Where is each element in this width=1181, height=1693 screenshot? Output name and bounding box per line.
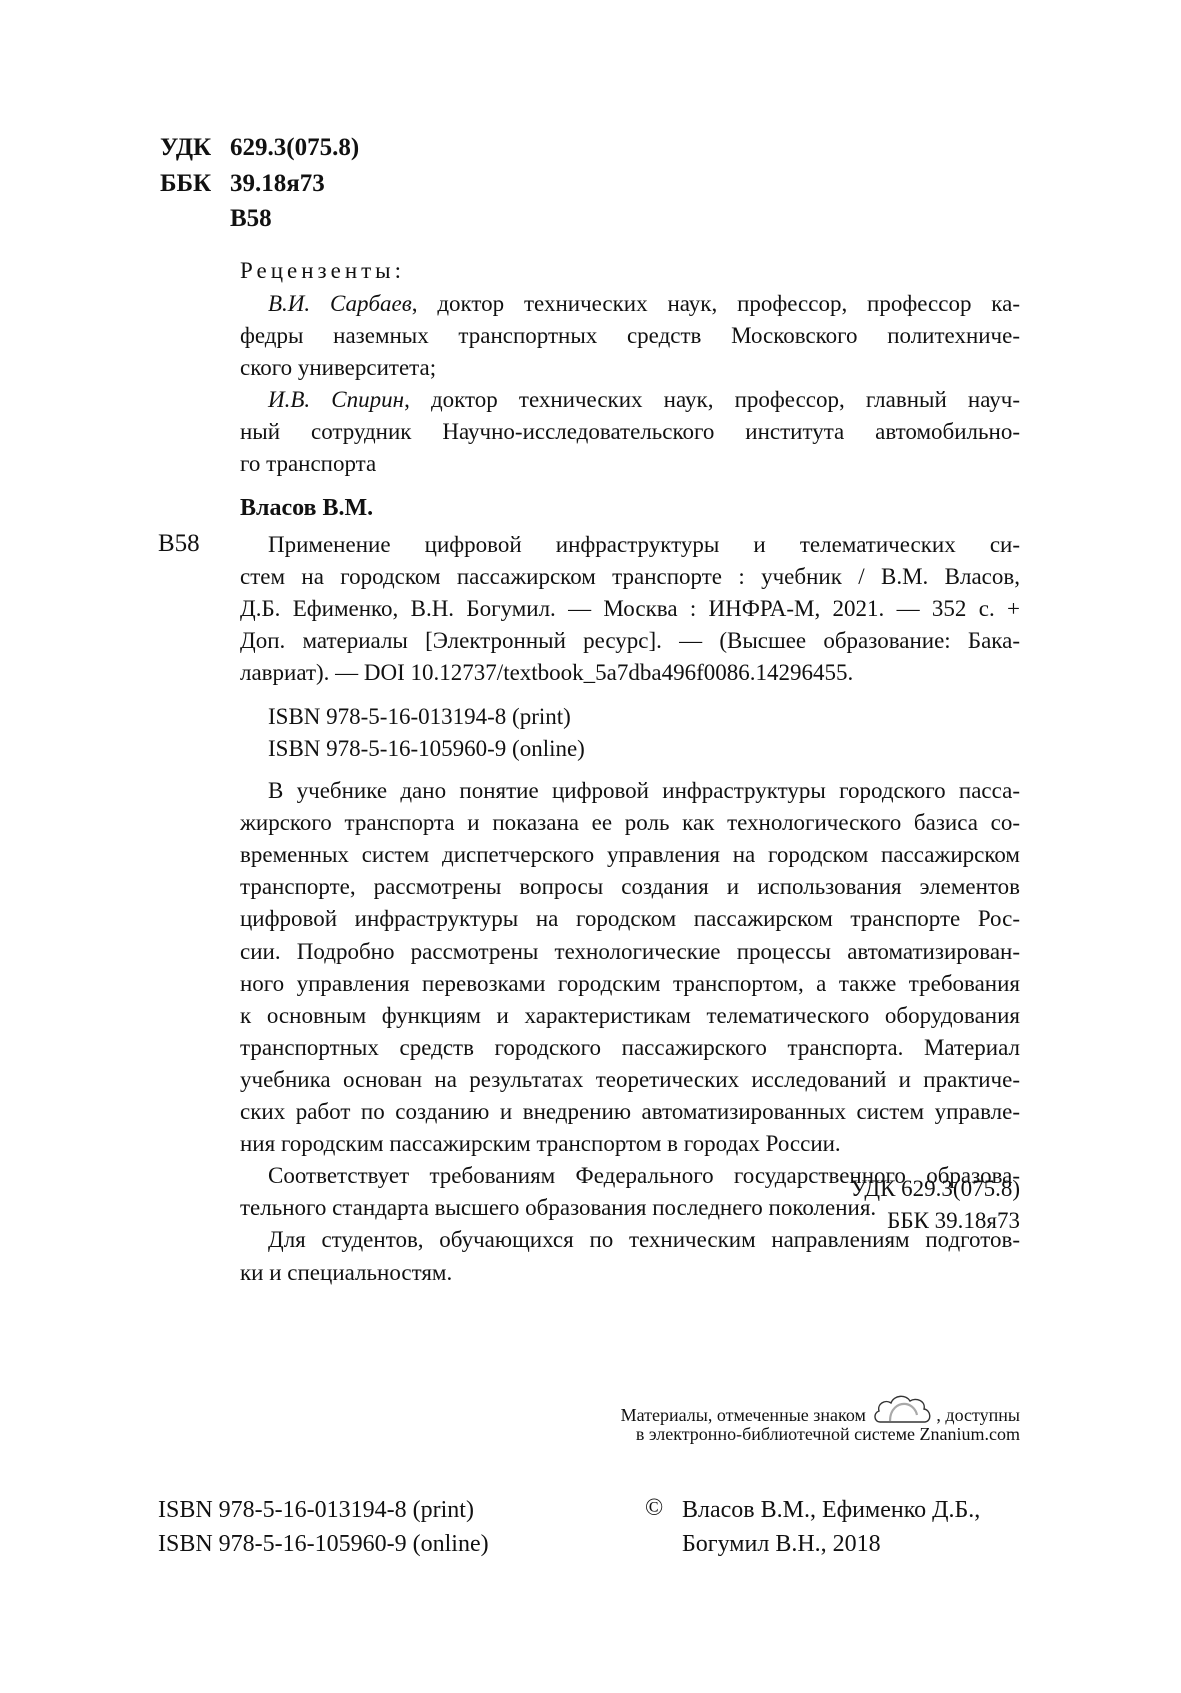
reviewer-2-line-3: го транспорта <box>240 450 376 478</box>
reviewer-1-line-2: федры наземных транспортных средств Моск… <box>240 322 1020 350</box>
reviewers-title: Рецензенты: <box>240 257 405 285</box>
abstract-line: к основным функциям и характеристикам те… <box>240 1002 1020 1030</box>
bbk-line: ББК39.18я73 <box>160 168 325 200</box>
isbn-print: ISBN 978-5-16-013194-8 (print) <box>268 703 571 731</box>
abstract-line: временных систем диспетчерского управлен… <box>240 841 1020 869</box>
bottom-isbn-print: ISBN 978-5-16-013194-8 (print) <box>158 1496 474 1524</box>
reviewer-1-text: , доктор технических наук, профессор, пр… <box>412 291 1020 316</box>
bib-line-4: Доп. материалы [Электронный ресурс]. — (… <box>240 627 1020 655</box>
author-mark-header: В58 <box>230 203 272 235</box>
copyright-line-1: Власов В.М., Ефименко Д.Б., <box>682 1496 980 1524</box>
bib-line-2: стем на городском пассажирском транспорт… <box>240 563 1020 591</box>
znanium-notice-line-1: Материалы, отмеченные знаком , доступны <box>520 1393 1020 1426</box>
abstract-line: жирского транспорта и показана ее роль к… <box>240 809 1020 837</box>
bbk-value: 39.18я73 <box>230 170 325 197</box>
copyright-line-2: Богумил В.Н., 2018 <box>682 1530 881 1558</box>
reviewer-1-name: В.И. Сарбаев <box>268 291 412 316</box>
author-heading: Власов В.М. <box>240 494 373 522</box>
abstract-line: В учебнике дано понятие цифровой инфраст… <box>240 777 1020 805</box>
bib-line-3: Д.Б. Ефименко, В.Н. Богумил. — Москва : … <box>240 595 1020 623</box>
abstract-line: ки и специальностям. <box>240 1259 452 1287</box>
udc-value: 629.3(075.8) <box>230 134 359 161</box>
isbn-online: ISBN 978-5-16-105960-9 (online) <box>268 735 585 763</box>
abstract-line: транспортных средств городского пассажир… <box>240 1034 1020 1062</box>
abstract-line: ного управления перевозками городским тр… <box>240 970 1020 998</box>
footer-bbk: ББК 39.18я73 <box>700 1207 1020 1235</box>
reviewer-2-line-1: И.В. Спирин, доктор технических наук, пр… <box>240 386 1020 414</box>
bib-line-1: Применение цифровой инфраструктуры и тел… <box>240 531 1020 559</box>
bbk-label: ББК <box>160 168 230 200</box>
abstract-line: цифровой инфраструктуры на городском пас… <box>240 905 1020 933</box>
znanium-notice-line-2: в электронно-библиотечной системе Znaniu… <box>520 1423 1020 1445</box>
udc-label: УДК <box>160 132 230 164</box>
udc-line: УДК629.3(075.8) <box>160 132 359 164</box>
abstract-line: учебника основан на результатах теоретич… <box>240 1066 1020 1094</box>
reviewer-1-line-3: ского университета; <box>240 354 436 382</box>
reviewer-1-line-1: В.И. Сарбаев, доктор технических наук, п… <box>240 290 1020 318</box>
abstract-line: сии. Подробно рассмотрены технологически… <box>240 938 1020 966</box>
copyright-symbol: © <box>645 1494 663 1522</box>
abstract-line: транспорте, рассмотрены вопросы создания… <box>240 873 1020 901</box>
footer-udc: УДК 629.3(075.8) <box>700 1175 1020 1203</box>
znanium-notice-text-end: , доступны <box>936 1405 1020 1425</box>
bottom-isbn-online: ISBN 978-5-16-105960-9 (online) <box>158 1530 489 1558</box>
abstract-line: ния городским пассажирским транспортом в… <box>240 1130 841 1158</box>
znanium-notice-text: Материалы, отмеченные знаком <box>621 1405 866 1425</box>
reviewer-2-text: , доктор технических наук, профессор, гл… <box>404 387 1020 412</box>
cloud-icon <box>872 1393 934 1425</box>
author-mark: В58 <box>158 530 200 558</box>
reviewer-2-name: И.В. Спирин <box>268 387 404 412</box>
reviewer-2-line-2: ный сотрудник Научно-исследовательского … <box>240 418 1020 446</box>
abstract-line: ских работ по созданию и внедрению автом… <box>240 1098 1020 1126</box>
bib-line-5: лавриат). — DOI 10.12737/textbook_5a7dba… <box>240 659 853 687</box>
